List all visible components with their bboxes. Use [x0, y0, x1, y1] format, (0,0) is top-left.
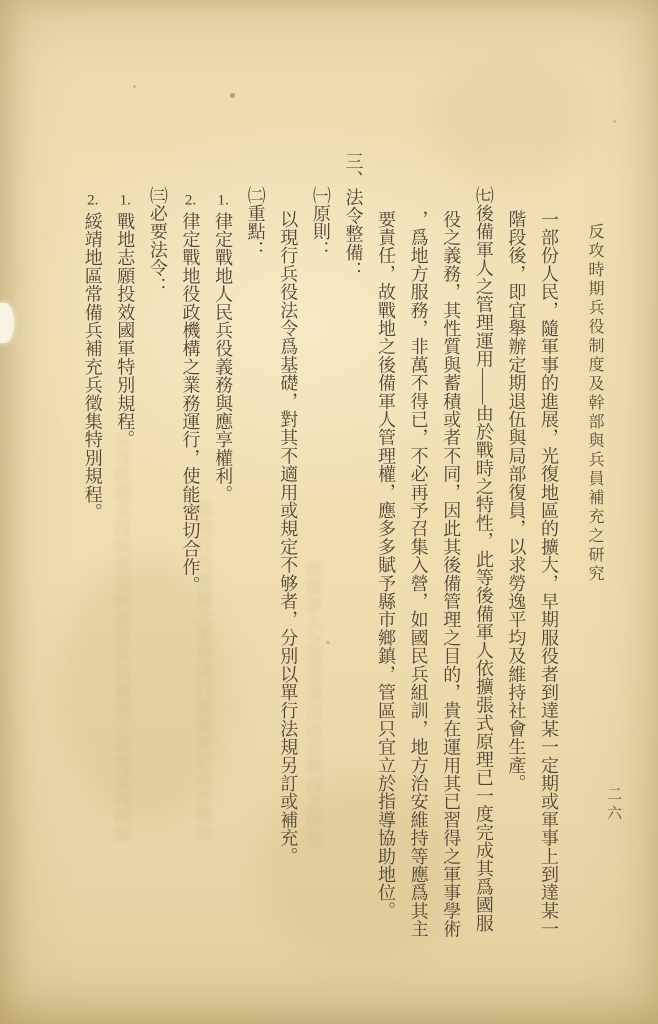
numbered-item-column: 2.律定戰地役政機構之業務運行，使能密切合作。 [179, 152, 201, 972]
text-column: ㈡重點： [244, 152, 266, 972]
column-text: 律定戰地役政機構之業務運行，使能密切合作。 [180, 212, 200, 594]
numbered-item-column: 1.律定戰地人民兵役義務與應享權利。 [211, 152, 233, 972]
text-column: ㈢必要法令： [146, 152, 168, 972]
item-number: 2. [182, 193, 198, 208]
text-column: ㈦後備軍人之管理運用——由於戰時之特性，此等後備軍人依擴張式原理已一度完成其爲國… [472, 152, 494, 972]
column-text: 綏靖地區常備兵補充兵徵集特別規程。 [83, 212, 103, 521]
text-column: ，爲地方服務，非萬不得已，不必再予召集入營，如國民兵組訓，地方治安維持等應爲其主 [407, 152, 429, 972]
column-text: 戰地志願投效國軍特別規程。 [115, 212, 135, 449]
text-column: 一部份人民，隨軍事的進展，光復地區的擴大，早期服役者到達某一定期或軍事上到達某一 [537, 152, 559, 972]
text-column: 要責任，故戰地之後備軍人管理權，應多多賦予縣市鄉鎮，管區只宜立於指導協助地位。 [374, 152, 396, 972]
ink-speck [133, 85, 136, 88]
scanned-document-page: 反攻時期兵役制度及幹部與兵員補充之研究反攻時期 戰地役政機構之業務運行使能密切合… [0, 0, 658, 1024]
body-text: 一部份人民，隨軍事的進展，光復地區的擴大，早期服役者到達某一定期或軍事上到達某一… [81, 152, 559, 972]
numbered-item-column: 1.戰地志願投效國軍特別規程。 [114, 152, 136, 972]
numbered-item-column: 2.綏靖地區常備兵補充兵徵集特別規程。 [81, 152, 103, 972]
ink-speck [230, 93, 235, 98]
item-number: 1. [117, 193, 133, 208]
paper-chip [0, 303, 14, 343]
text-column: 階段後，即宜舉辦定期退伍與局部復員，以求勞逸平均及維持社會生產。 [505, 152, 527, 972]
item-number: 1. [215, 193, 231, 208]
text-column: 以現行兵役法令爲基礎，對其不適用或規定不够者，分別以單行法規另訂或補充。 [277, 152, 299, 972]
text-column: 役之義務，其性質與蓄積或者不同，因此其後備管理之目的，貴在運用其已習得之軍事學術 [440, 152, 462, 972]
column-text: 律定戰地人民兵役義務與應享權利。 [213, 212, 233, 503]
page-number: 二六 [603, 786, 624, 824]
section-heading-column: 三、法令整備： [342, 152, 364, 972]
running-title: 反攻時期兵役制度及幹部與兵員補充之研究 [583, 223, 606, 584]
ink-speck [613, 120, 616, 123]
text-column: ㈠原則： [309, 152, 331, 972]
item-number: 2. [85, 193, 101, 208]
